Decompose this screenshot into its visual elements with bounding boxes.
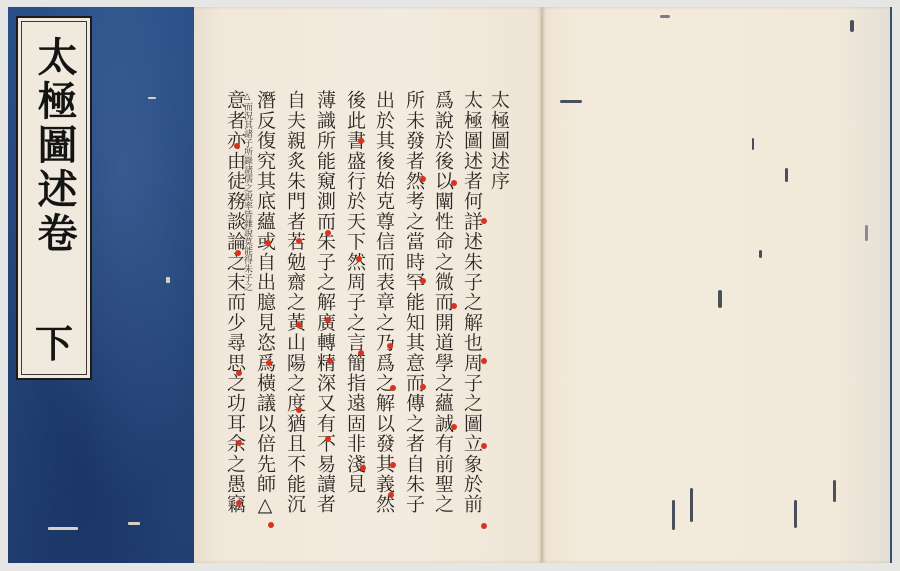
open-book-photo: 太極圖述卷 下 太極圖述序 太極圖述者何詳述朱子之解也周子之圖立象於前 爲說於後… [0,0,900,571]
text-column: 所未發者然考之當時罕能知其意而傳之者自朱子 [403,90,425,514]
punctuation-mark [268,522,274,528]
wear-mark [690,488,693,522]
punctuation-mark [420,384,426,390]
punctuation-mark [296,322,302,328]
punctuation-mark [481,358,487,364]
punctuation-mark [325,230,331,236]
punctuation-mark [327,358,333,364]
punctuation-mark [234,143,240,149]
cover-wear-mark [128,522,140,525]
text-column: 自夫親炙朱門者若勉齋之黃山陽之度猶且不能沉 [284,90,306,514]
text-column: 後此書盛行於天下然周子之言簡指遠固非淺見 [344,90,366,494]
punctuation-mark [420,176,426,182]
punctuation-mark [358,350,364,356]
title-slip: 太極圖述卷 下 [16,16,92,380]
punctuation-mark [481,523,487,529]
punctuation-mark [481,443,487,449]
wear-mark [850,20,854,32]
punctuation-mark [360,465,366,471]
wear-mark [833,480,836,502]
punctuation-mark [325,317,331,323]
punctuation-mark [451,180,457,186]
wear-mark [794,500,797,528]
cover-wear-mark [166,277,170,283]
punctuation-mark [388,492,394,498]
punctuation-mark [390,385,396,391]
text-column: 太極圖述者何詳述朱子之解也周子之圖立象於前 [461,90,483,514]
wear-mark [759,250,762,258]
cover-wear-mark [148,97,156,99]
wear-mark [718,290,722,308]
wear-mark [560,100,582,103]
text-column: 爲說於後以闡性命之微而開道學之蘊誠有前聖之 [432,90,454,514]
punctuation-mark [387,343,393,349]
punctuation-mark [325,436,331,442]
text-column: 潛反復究其底蘊或自出臆見恣爲橫議以倍先師△ [254,90,276,517]
interlinear-annotation: △而況其諸子所錄諸儒之說率皆雜說莫能得朱子之 [242,92,252,291]
wear-mark [660,15,670,18]
punctuation-mark [356,256,362,262]
blank-page [542,7,892,563]
punctuation-mark [481,218,487,224]
punctuation-mark [390,462,396,468]
wear-mark [865,225,868,241]
punctuation-mark [236,500,242,506]
punctuation-mark [266,360,272,366]
text-column: 薄識所能窺測而朱子之解廣轉精深又有不易讀者 [314,90,336,514]
volume-label: 下 [18,313,90,368]
cover-wear-mark [48,527,78,530]
punctuation-mark [265,240,271,246]
punctuation-mark [296,238,302,244]
punctuation-mark [451,424,457,430]
punctuation-mark [236,370,242,376]
wear-mark [752,138,754,150]
punctuation-mark [236,440,242,446]
preface-heading: 太極圖述序 [488,90,510,191]
punctuation-mark [420,278,426,284]
text-column: 出於其後始克尊信而表章之乃爲之解以發其義然 [373,90,395,514]
punctuation-mark [296,407,302,413]
book-title: 太極圖述卷 [18,36,90,256]
punctuation-mark [451,303,457,309]
punctuation-mark [358,138,364,144]
wear-mark [785,168,788,182]
page-fold [541,7,543,563]
wear-mark [672,500,675,530]
punctuation-mark [235,250,241,256]
